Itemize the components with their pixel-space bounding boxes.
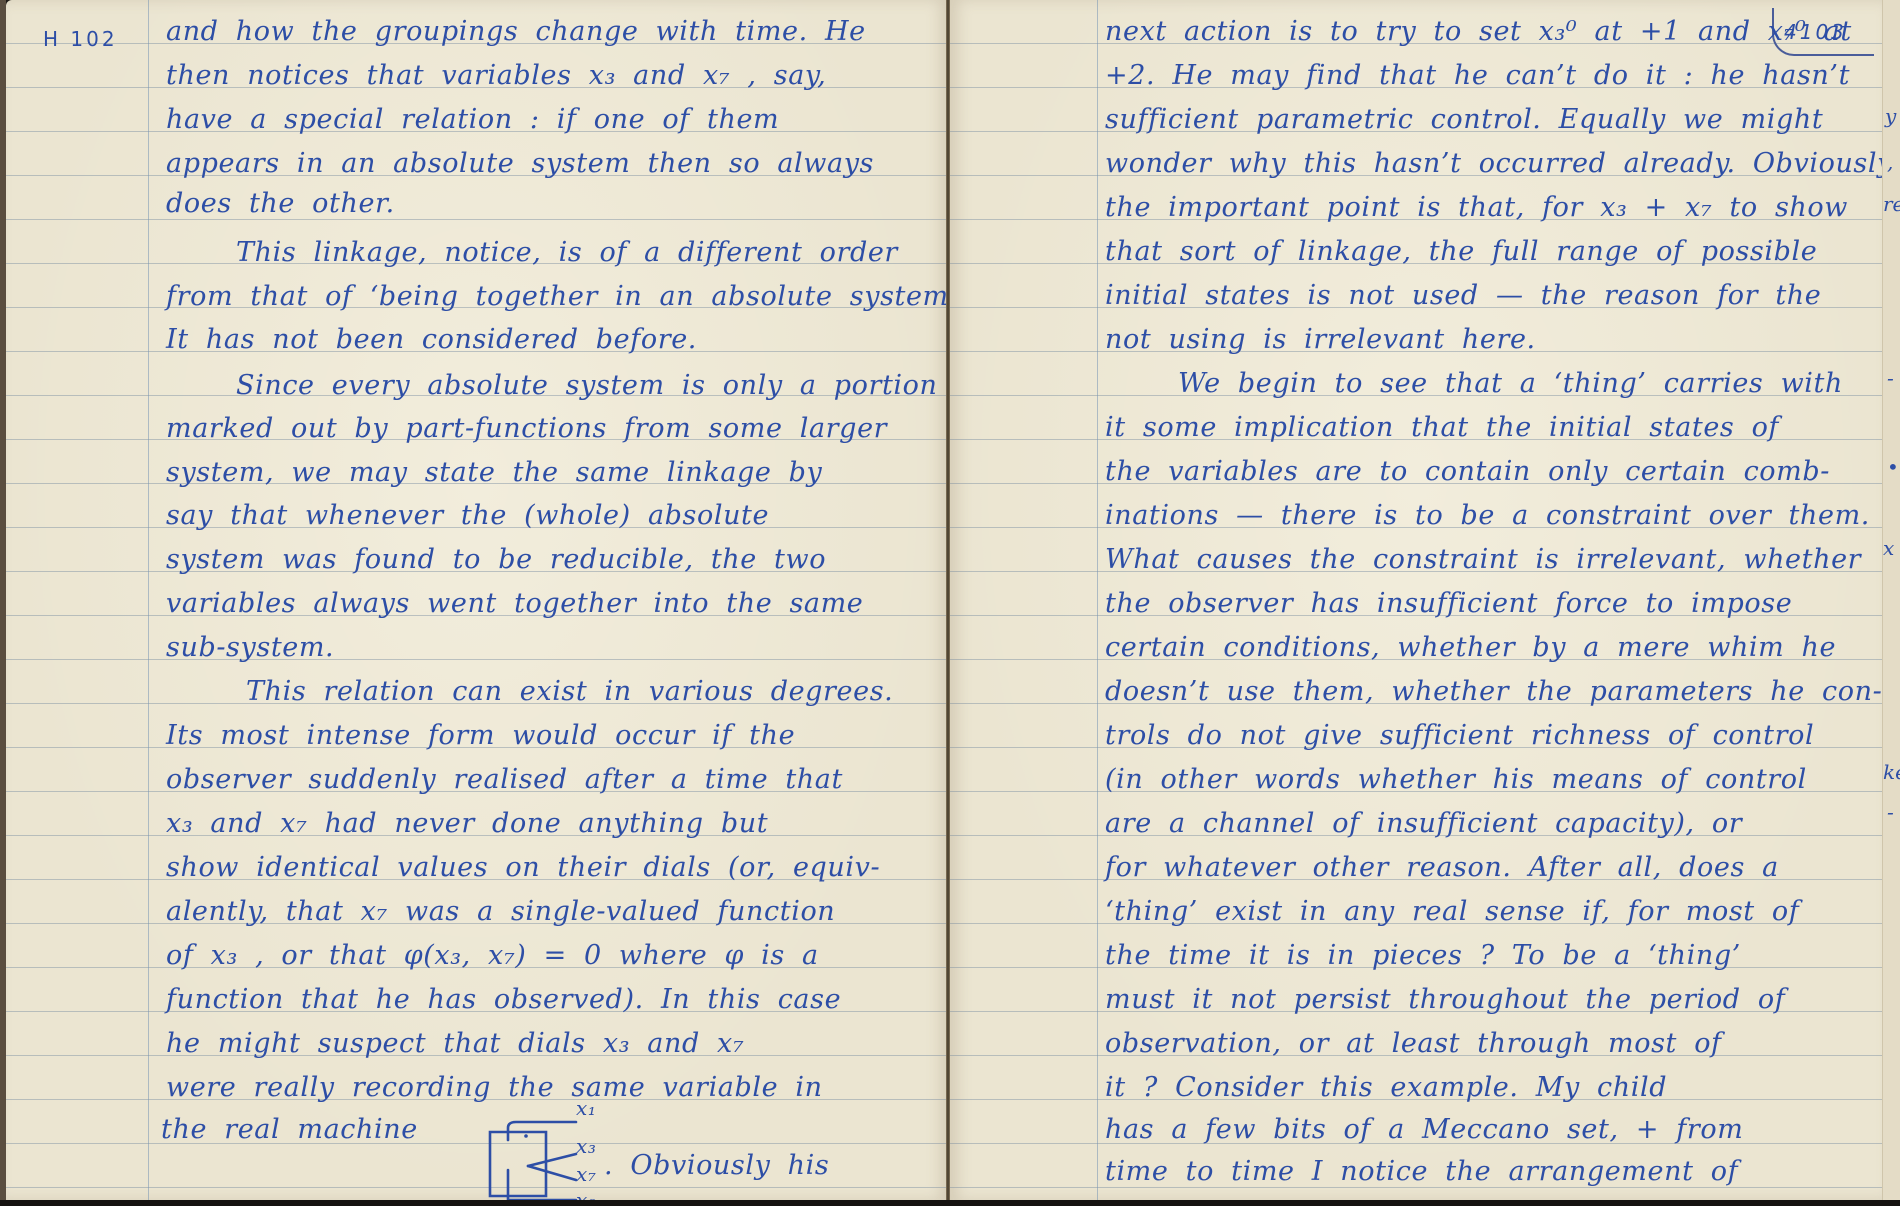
left-line-8: It has not been considered before. xyxy=(166,324,697,355)
right-line-25: it ? Consider this example. My child xyxy=(1105,1072,1667,1103)
left-line-23: function that he has observed). In this … xyxy=(166,984,841,1015)
left-line-7: from that of ‘being together in an absol… xyxy=(166,281,948,312)
left-line-13: system was found to be reducible, the tw… xyxy=(166,544,826,575)
right-line-8: not using is irrelevant here. xyxy=(1105,324,1536,355)
edge-mark-7: ke xyxy=(1883,760,1900,784)
right-line-4: wonder why this hasn’t occurred already.… xyxy=(1105,148,1882,179)
right-line-27: time to time I notice the arrangement of xyxy=(1105,1156,1738,1187)
left-line-19: x₃ and x₇ had never done anything but xyxy=(166,808,768,839)
left-line-tail: . Obviously his xyxy=(604,1150,829,1181)
edge-mark-1: y xyxy=(1885,104,1896,128)
page-number-label: H 102 xyxy=(43,27,118,51)
right-page: 4103 next action is to try to set x₃⁰ at… xyxy=(950,0,1882,1200)
left-line-17: Its most intense form would occur if the xyxy=(166,720,795,751)
edge-mark-8: - xyxy=(1887,800,1894,824)
left-line-3: have a special relation : if one of them xyxy=(166,104,779,135)
left-page-margin-line xyxy=(148,0,149,1200)
left-line-25: were really recording the same variable … xyxy=(166,1072,823,1103)
edge-mark-4: - xyxy=(1887,366,1894,390)
right-line-12: inations — there is to be a constraint o… xyxy=(1105,500,1870,531)
edge-mark-5: • xyxy=(1887,455,1899,479)
left-line-2: then notices that variables x₃ and x₇ , … xyxy=(166,60,826,91)
edge-mark-2: , xyxy=(1887,150,1893,174)
diagram-label-x7: x₇ xyxy=(576,1162,597,1186)
left-line-22: of x₃ , or that φ(x₃, x₇) = 0 where φ is… xyxy=(166,940,819,971)
edge-mark-6: x xyxy=(1883,536,1894,560)
left-line-15: sub-system. xyxy=(166,632,334,663)
right-line-17: trols do not give sufficient richness of… xyxy=(1105,720,1814,751)
right-line-10: it some implication that the initial sta… xyxy=(1105,412,1779,443)
diagram-label-x3: x₃ xyxy=(576,1134,597,1158)
left-line-16: This relation can exist in various degre… xyxy=(246,676,893,707)
right-line-6: that sort of linkage, the full range of … xyxy=(1105,236,1817,267)
right-line-14: the observer has insufficient force to i… xyxy=(1105,588,1792,619)
next-page-edge: y , re - • x ke - xyxy=(1882,0,1900,1200)
left-line-4: appears in an absolute system then so al… xyxy=(166,148,874,179)
dials-diagram: x₁ x₃ x₇ x₉ xyxy=(476,1100,616,1200)
right-line-23: must it not persist throughout the perio… xyxy=(1105,984,1785,1015)
left-line-24: he might suspect that dials x₃ and x₇ xyxy=(166,1028,744,1059)
left-line-20: show identical values on their dials (or… xyxy=(166,852,880,883)
right-page-margin-line xyxy=(1097,0,1098,1200)
left-line-11: system, we may state the same linkage by xyxy=(166,457,822,488)
left-line-6: This linkage, notice, is of a different … xyxy=(236,237,898,268)
diagram-label-x9: x₉ xyxy=(576,1188,597,1200)
right-line-16: doesn’t use them, whether the parameters… xyxy=(1105,676,1882,707)
notebook-spread: H 102 and how the groupings change with … xyxy=(0,0,1900,1200)
right-line-21: ‘thing’ exist in any real sense if, for … xyxy=(1105,896,1799,927)
ruled-line xyxy=(950,1187,1882,1188)
right-line-26: has a few bits of a Meccano set, + from xyxy=(1105,1114,1743,1145)
right-line-18: (in other words whether his means of con… xyxy=(1105,764,1807,795)
left-line-21: alently, that x₇ was a single-valued fun… xyxy=(166,896,835,927)
left-line-12: say that whenever the (whole) absolute xyxy=(166,500,769,531)
background-strip xyxy=(0,1200,1900,1206)
right-line-15: certain conditions, whether by a mere wh… xyxy=(1105,632,1836,663)
right-line-9: We begin to see that a ‘thing’ carries w… xyxy=(1178,368,1843,399)
right-line-5: the important point is that, for x₃ + x₇… xyxy=(1105,192,1848,223)
right-line-20: for whatever other reason. After all, do… xyxy=(1105,852,1779,883)
right-line-24: observation, or at least through most of xyxy=(1105,1028,1722,1059)
left-line-9: Since every absolute system is only a po… xyxy=(236,370,938,401)
left-page: H 102 and how the groupings change with … xyxy=(6,0,948,1200)
left-line-26: the real machine xyxy=(161,1114,418,1145)
right-line-1: next action is to try to set x₃⁰ at +1 a… xyxy=(1105,16,1852,47)
left-line-18: observer suddenly realised after a time … xyxy=(166,764,843,795)
diagram-label-x1: x₁ xyxy=(576,1096,597,1120)
left-line-5: does the other. xyxy=(166,188,395,219)
right-line-7: initial states is not used — the reason … xyxy=(1105,280,1821,311)
right-line-13: What causes the constraint is irrelevant… xyxy=(1105,544,1861,575)
right-line-11: the variables are to contain only certai… xyxy=(1105,456,1830,487)
left-line-14: variables always went together into the … xyxy=(166,588,863,619)
right-line-2: +2. He may find that he can’t do it : he… xyxy=(1105,60,1850,91)
right-line-3: sufficient parametric control. Equally w… xyxy=(1105,104,1823,135)
left-line-10: marked out by part-functions from some l… xyxy=(166,413,887,444)
right-line-19: are a channel of insufficient capacity),… xyxy=(1105,808,1742,839)
right-line-22: the time it is in pieces ? To be a ‘thin… xyxy=(1105,940,1741,971)
edge-mark-3: re xyxy=(1883,192,1900,216)
left-line-1: and how the groupings change with time. … xyxy=(166,16,866,47)
